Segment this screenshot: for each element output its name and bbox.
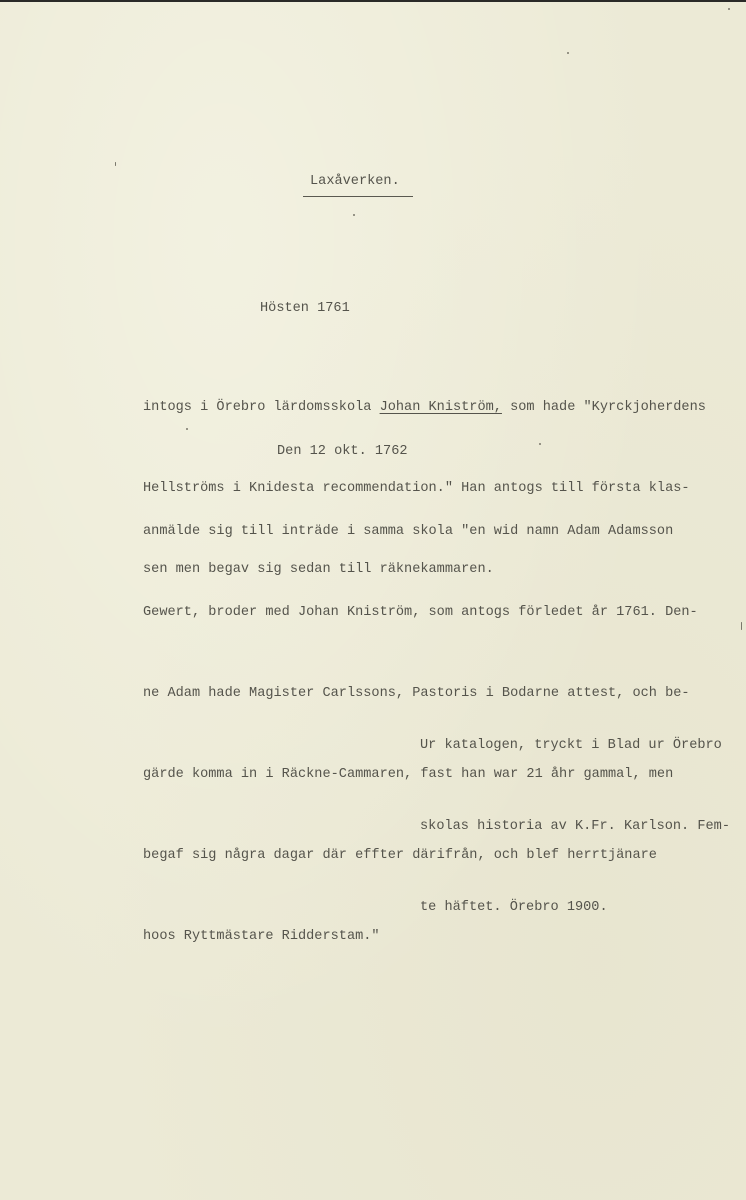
paragraph-line: Gewert, broder med Johan Kniström, som a… xyxy=(143,599,698,626)
section-heading-autumn-1761: Hösten 1761 xyxy=(260,299,350,319)
underlined-name: Johan Kniström, xyxy=(380,400,502,415)
source-note: Ur katalogen, tryckt i Blad ur Örebro sk… xyxy=(420,678,730,975)
section-heading-12-oct-1762: Den 12 okt. 1762 xyxy=(277,442,408,462)
text-run: intogs i Örebro lärdomsskola xyxy=(143,400,380,415)
ink-speck xyxy=(567,52,569,54)
ink-speck xyxy=(186,428,188,430)
paragraph-line: anmälde sig till inträde i samma skola "… xyxy=(143,518,698,545)
ink-speck xyxy=(353,214,355,216)
paragraph-line: intogs i Örebro lärdomsskola Johan Knist… xyxy=(143,394,706,421)
source-line: Ur katalogen, tryckt i Blad ur Örebro xyxy=(420,732,730,759)
ink-speck xyxy=(539,443,541,445)
ink-speck xyxy=(741,622,742,630)
document-page: Laxåverken. Hösten 1761 intogs i Örebro … xyxy=(0,2,746,1200)
source-line: te häftet. Örebro 1900. xyxy=(420,894,730,921)
ink-speck xyxy=(728,8,730,10)
ink-speck xyxy=(115,162,116,166)
document-title: Laxåverken. xyxy=(310,172,400,192)
text-run: som hade "Kyrckjoherdens xyxy=(502,400,706,415)
title-underline-rule xyxy=(303,196,413,197)
source-line: skolas historia av K.Fr. Karlson. Fem- xyxy=(420,813,730,840)
